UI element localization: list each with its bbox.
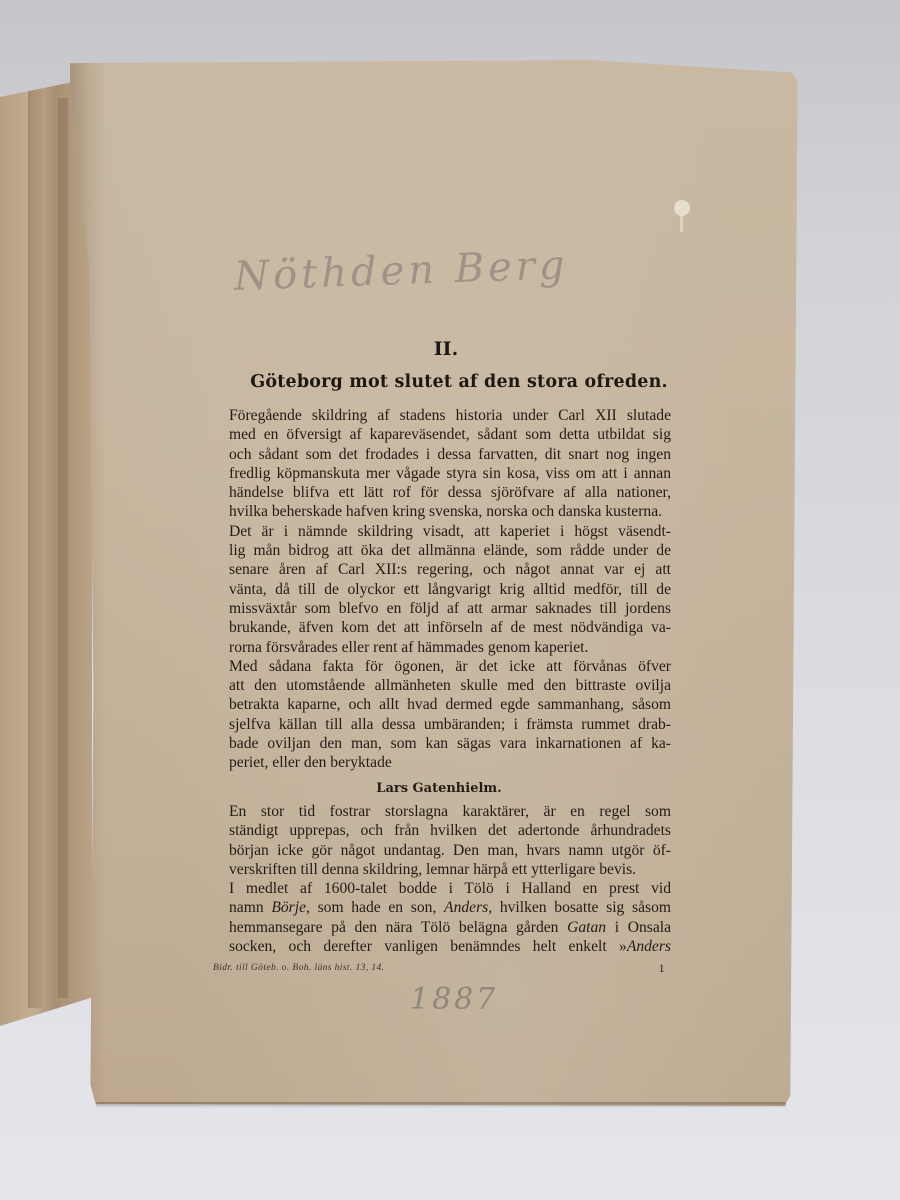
text-line: missväxtår som blefvo en följd af att ar… — [201, 599, 671, 618]
text-line: verskriften till denna skildring, lemnar… — [201, 860, 671, 879]
text-line: hemmansegare på den nära Tölö belägna gå… — [201, 918, 671, 937]
text-line: att den utomstående allmänheten skulle m… — [201, 676, 671, 695]
paragraph-5: I medlet af 1600-talet bodde i Tölö i Ha… — [201, 879, 671, 956]
text-line: händelse blifva ett lätt rof för dessa s… — [201, 483, 671, 502]
text-line: senare åren af Carl XII:s regering, och … — [201, 560, 671, 579]
text-line: En stor tid fostrar storslagna karaktäre… — [201, 802, 671, 821]
text-line: lig mån bidrog att öka det allmänna elän… — [201, 541, 671, 560]
text-line: ständigt upprepas, och från hvilken det … — [201, 821, 671, 840]
text-fragment: i Onsala — [606, 919, 671, 936]
text-line: brukande, äfven kom det att införseln af… — [201, 618, 671, 637]
text-line: bade oviljan den man, som kan sägas vara… — [201, 734, 671, 753]
text-line: och sådant som det frodades i dessa farv… — [201, 445, 671, 464]
section-subheading: Lars Gatenhielm. — [201, 779, 671, 798]
page-number: 1 — [659, 961, 665, 976]
body-text: Föregående skildring af stadens historia… — [201, 406, 671, 956]
chapter-title: Göteborg mot slutet af den stora ofreden… — [70, 372, 802, 392]
text-line: rorna försvårades eller rent af hämmades… — [201, 638, 671, 657]
paper-blemish-tail — [680, 214, 683, 232]
text-line: betrakta kaparne, och allt hvad dermed e… — [201, 695, 671, 714]
text-fragment: som hade en son, — [310, 899, 444, 916]
text-line: Föregående skildring af stadens historia… — [201, 406, 671, 425]
cover-fold-crease — [28, 88, 42, 1008]
text-fragment: hemmansegare på den nära Tölö belägna gå… — [229, 919, 567, 936]
paragraph-1: Föregående skildring af stadens historia… — [201, 406, 671, 522]
italic-place: Gatan — [567, 919, 606, 936]
photo-scene: Nöthden Berg II. Göteborg mot slutet af … — [0, 0, 900, 1200]
paragraph-4: En stor tid fostrar storslagna karaktäre… — [201, 802, 671, 879]
text-line: med en öfversigt af kapareväsendet, såda… — [201, 425, 671, 444]
text-line: Med sådana fakta för ögonen, är det icke… — [201, 657, 671, 676]
text-line: hvilka beherskade hafven kring svenska, … — [201, 502, 671, 521]
text-line: periet, eller den beryktade — [201, 753, 671, 772]
chapter-number: II. — [70, 338, 802, 360]
italic-name: Anders — [627, 938, 671, 955]
paragraph-2: Det är i nämnde skildring visadt, att ka… — [201, 522, 671, 657]
cover-fold-crease-2 — [58, 98, 68, 998]
text-line: I medlet af 1600-talet bodde i Tölö i Ha… — [201, 879, 671, 898]
text-line: socken, och derefter vanligen benämndes … — [201, 937, 671, 956]
text-line: Det är i nämnde skildring visadt, att ka… — [201, 522, 671, 541]
text-line: början icke gör något undantag. Den man,… — [201, 841, 671, 860]
text-line: sjelfva källan till alla dessa umbärande… — [201, 715, 671, 734]
text-line: namn Börje, som hade en son, Anders, hvi… — [201, 898, 671, 917]
italic-name: Börje, — [271, 899, 310, 916]
text-line: vänta, då till de olyckor ett långvarigt… — [201, 580, 671, 599]
page-shadow — [96, 1102, 786, 1108]
text-fragment: namn — [229, 899, 271, 916]
text-fragment: hvilken bosatte sig såsom — [492, 899, 671, 916]
paragraph-3: Med sådana fakta för ögonen, är det icke… — [201, 657, 671, 773]
handwritten-signature: Nöthden Berg — [233, 242, 569, 300]
italic-name: Anders, — [444, 899, 492, 916]
signature-mark: Bidr. till Göteb. o. Boh. läns hist. 13,… — [213, 963, 384, 973]
text-fragment: socken, och derefter vanligen benämndes … — [229, 938, 627, 955]
handwritten-year: 1887 — [410, 982, 498, 1017]
text-line: fredlig köpmanskuta mer vågade styra sin… — [201, 464, 671, 483]
document-page: Nöthden Berg II. Göteborg mot slutet af … — [70, 60, 802, 1106]
back-cover-page — [0, 78, 92, 1026]
